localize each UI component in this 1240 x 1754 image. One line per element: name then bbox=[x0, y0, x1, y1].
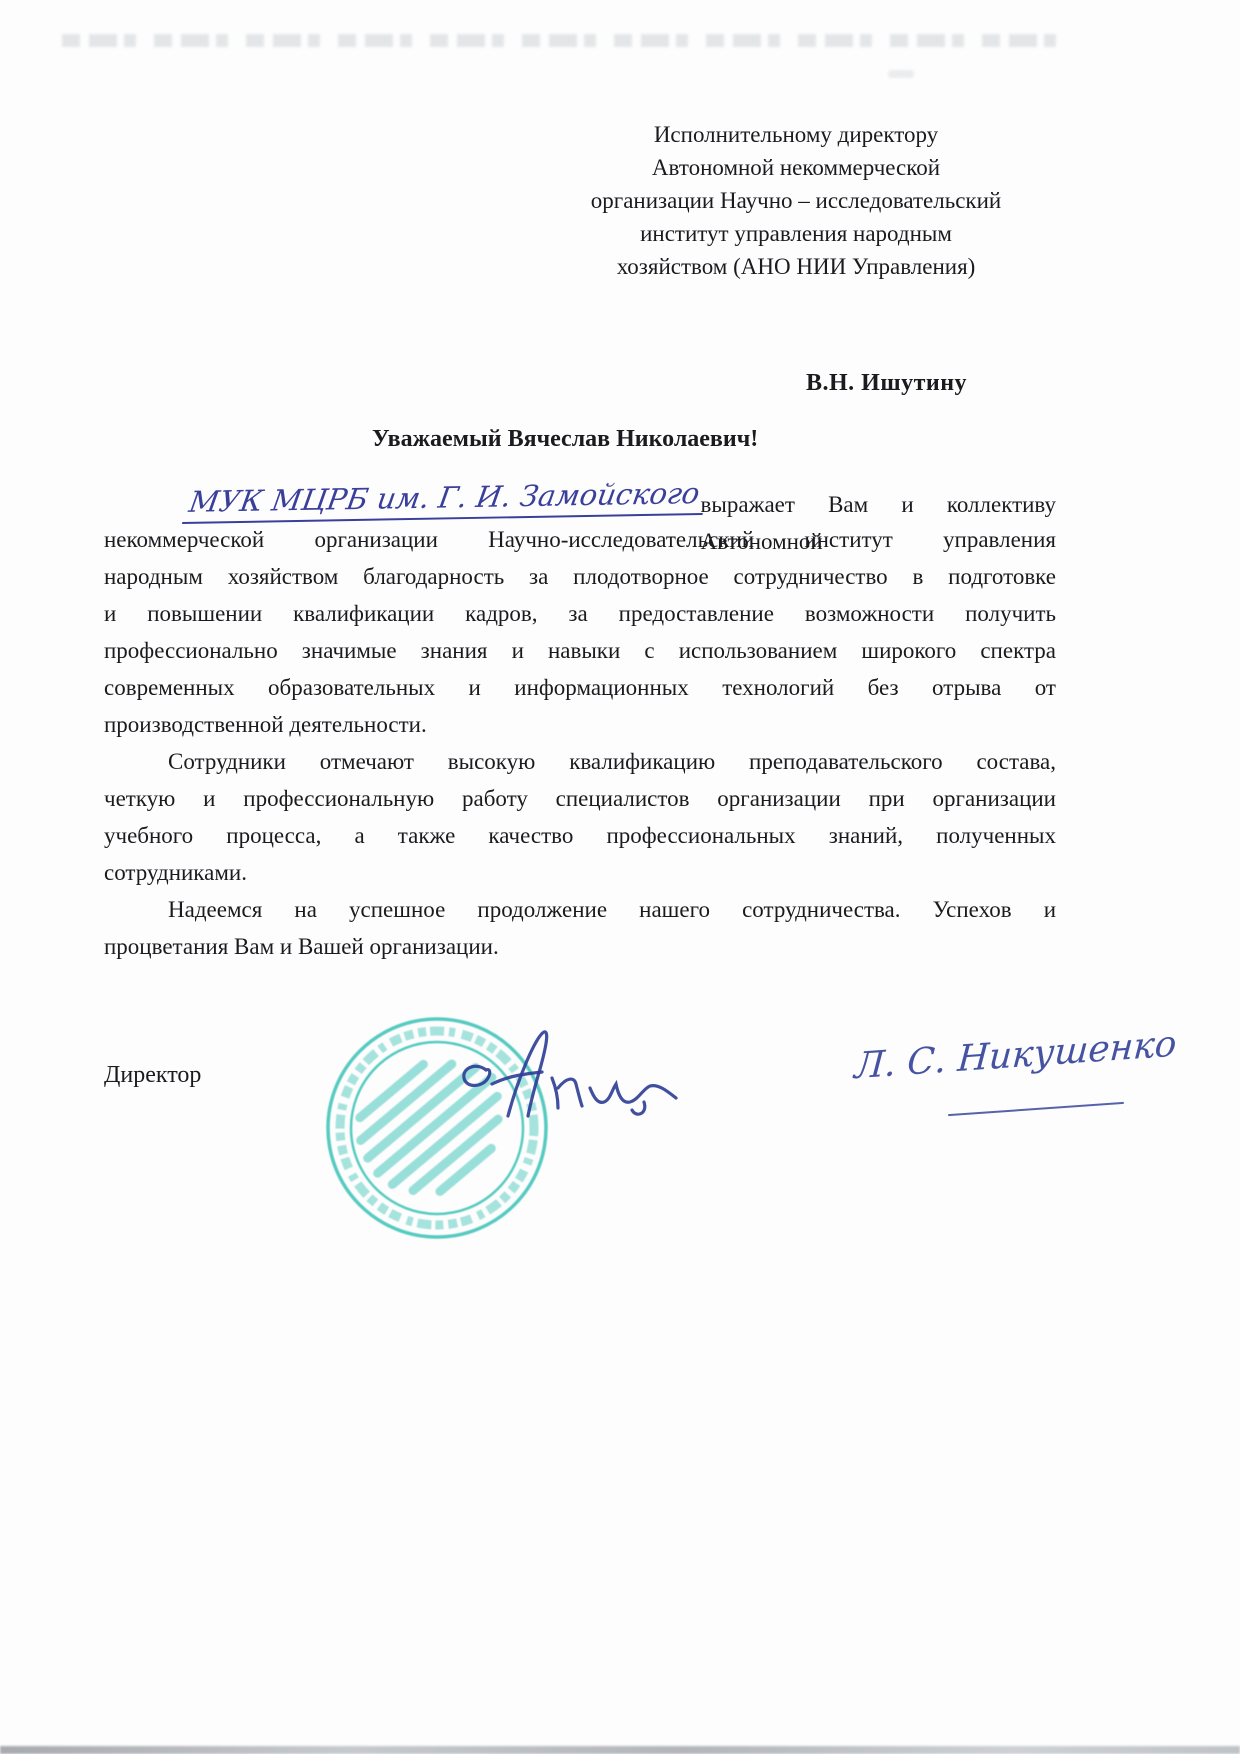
addressee-line: институт управления народным bbox=[560, 217, 1032, 250]
body-line: учебного процесса, а также качество проф… bbox=[104, 817, 1056, 854]
letter-page: Исполнительному директору Автономной нек… bbox=[0, 0, 1240, 1754]
director-title: Директор bbox=[104, 1062, 201, 1089]
paragraph-2: Сотрудники отмечают высокую квалификацию… bbox=[104, 743, 1056, 891]
addressee-line: Исполнительному директору bbox=[560, 118, 1032, 151]
body-line: современных образовательных и информацио… bbox=[104, 669, 1056, 706]
scan-artifact-speck bbox=[888, 70, 914, 78]
body-line: производственной деятельности. bbox=[104, 706, 1056, 743]
scan-artifact-faded-text bbox=[62, 34, 1074, 47]
body-line: и повышении квалификации кадров, за пред… bbox=[104, 595, 1056, 632]
body-line: Надеемся на успешное продолжение нашего … bbox=[104, 891, 1056, 928]
body-line: профессионально значимые знания и навыки… bbox=[104, 632, 1056, 669]
addressee-block: Исполнительному директору Автономной нек… bbox=[560, 118, 1032, 283]
addressee-line: хозяйством (АНО НИИ Управления) bbox=[560, 250, 1032, 283]
addressee-line: Автономной некоммерческой bbox=[560, 151, 1032, 184]
body-line: народным хозяйством благодарность за пло… bbox=[104, 558, 1056, 595]
letter-body: МУК МЦРБ им. Г. И. Замойскоговыражает Ва… bbox=[104, 484, 1056, 965]
salutation: Уважаемый Вячеслав Николаевич! bbox=[372, 426, 758, 453]
paragraph-3: Надеемся на успешное продолжение нашего … bbox=[104, 891, 1056, 965]
paragraph-1: МУК МЦРБ им. Г. И. Замойскоговыражает Ва… bbox=[104, 484, 1056, 743]
handwritten-organization: МУК МЦРБ им. Г. И. Замойского bbox=[182, 475, 708, 524]
body-line: процветания Вам и Вашей организации. bbox=[104, 928, 1056, 965]
director-signature-ink bbox=[448, 1018, 698, 1158]
addressee-line: организации Научно – исследовательский bbox=[560, 184, 1032, 217]
recipient-name: В.Н. Ишутину bbox=[806, 370, 967, 397]
signature-underline bbox=[948, 1102, 1124, 1116]
scan-bottom-edge bbox=[0, 1746, 1240, 1754]
body-line: некоммерческой организации Научно-исслед… bbox=[104, 521, 1056, 558]
body-line: четкую и профессиональную работу специал… bbox=[104, 780, 1056, 817]
director-name-signature: Л. С. Никушенко bbox=[853, 1023, 1185, 1087]
body-line: сотрудниками. bbox=[104, 854, 1056, 891]
body-line: МУК МЦРБ им. Г. И. Замойскоговыражает Ва… bbox=[104, 484, 1056, 521]
body-line: Сотрудники отмечают высокую квалификацию… bbox=[104, 743, 1056, 780]
